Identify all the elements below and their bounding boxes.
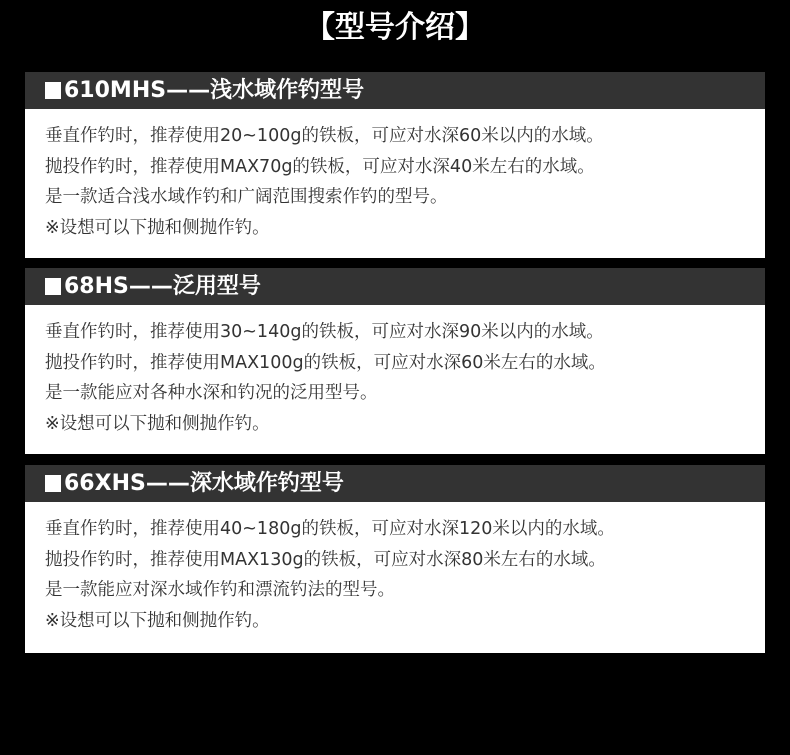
square-icon bbox=[45, 82, 61, 99]
page-title: 【型号介绍】 bbox=[0, 8, 790, 48]
description-line: 抛投作钓时，推荐使用MAX70g的铁板，可应对水深40米左右的水域。 bbox=[45, 152, 765, 183]
section-body: 垂直作钓时，推荐使用20~100g的铁板，可应对水深60米以内的水域。 抛投作钓… bbox=[25, 109, 765, 258]
description-line: 垂直作钓时，推荐使用20~100g的铁板，可应对水深60米以内的水域。 bbox=[45, 121, 765, 152]
section-body: 垂直作钓时，推荐使用40~180g的铁板，可应对水深120米以内的水域。 抛投作… bbox=[25, 502, 765, 653]
section-title: 68HS——泛用型号 bbox=[64, 268, 261, 305]
model-section-68hs: 68HS——泛用型号 垂直作钓时，推荐使用30~140g的铁板，可应对水深90米… bbox=[25, 268, 765, 454]
description-line: 是一款能应对深水域作钓和漂流钓法的型号。 bbox=[45, 575, 765, 606]
description-line: 是一款适合浅水域作钓和广阔范围搜索作钓的型号。 bbox=[45, 182, 765, 213]
description-line: ※设想可以下抛和侧抛作钓。 bbox=[45, 213, 765, 244]
description-line: 是一款能应对各种水深和钓况的泛用型号。 bbox=[45, 378, 765, 409]
model-section-66xhs: 66XHS——深水域作钓型号 垂直作钓时，推荐使用40~180g的铁板，可应对水… bbox=[25, 465, 765, 653]
description-line: ※设想可以下抛和侧抛作钓。 bbox=[45, 606, 765, 637]
section-title: 610MHS——浅水域作钓型号 bbox=[64, 72, 364, 109]
model-section-610mhs: 610MHS——浅水域作钓型号 垂直作钓时，推荐使用20~100g的铁板，可应对… bbox=[25, 72, 765, 258]
description-line: 抛投作钓时，推荐使用MAX100g的铁板，可应对水深60米左右的水域。 bbox=[45, 348, 765, 379]
description-line: ※设想可以下抛和侧抛作钓。 bbox=[45, 409, 765, 440]
description-line: 抛投作钓时，推荐使用MAX130g的铁板，可应对水深80米左右的水域。 bbox=[45, 545, 765, 576]
square-icon bbox=[45, 475, 61, 492]
section-header: 610MHS——浅水域作钓型号 bbox=[25, 72, 765, 109]
square-icon bbox=[45, 278, 61, 295]
description-line: 垂直作钓时，推荐使用30~140g的铁板，可应对水深90米以内的水域。 bbox=[45, 317, 765, 348]
description-line: 垂直作钓时，推荐使用40~180g的铁板，可应对水深120米以内的水域。 bbox=[45, 514, 765, 545]
section-title: 66XHS——深水域作钓型号 bbox=[64, 465, 344, 502]
section-header: 68HS——泛用型号 bbox=[25, 268, 765, 305]
section-header: 66XHS——深水域作钓型号 bbox=[25, 465, 765, 502]
section-body: 垂直作钓时，推荐使用30~140g的铁板，可应对水深90米以内的水域。 抛投作钓… bbox=[25, 305, 765, 454]
